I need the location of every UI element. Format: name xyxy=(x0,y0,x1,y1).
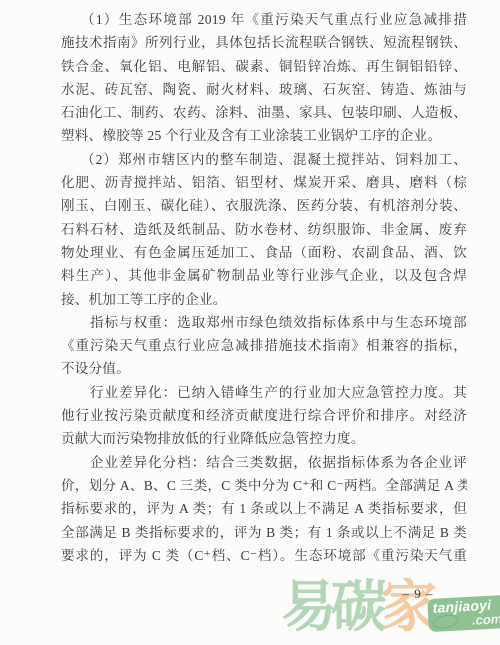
text-line: 全部满足 B 类指标要求的，评为 B 类；有 1 条或以上不满足 B 类 xyxy=(61,521,467,544)
text-line: 指标与权重：选取郑州市绿色绩效指标体系中与生态环境部 xyxy=(61,311,467,334)
text-line: 贡献大而污染物排放低的行业降低应急管控力度。 xyxy=(61,427,467,450)
text-line: 铁合金、氧化铝、电解铝、碳素、铜铅锌冶炼、再生铜铝铅锌、 xyxy=(61,55,467,78)
text-line: 石油化工、制药、农药、涂料、油墨、家具、包装印刷、人造板、 xyxy=(61,101,467,124)
text-line: （2）郑州市辖区内的整车制造、混凝土搅拌站、饲料加工、 xyxy=(61,148,467,171)
text-line: 料生产）、其他非金属矿物制品业等行业涉气企业，以及包含焊 xyxy=(61,264,467,287)
text-line: 企业差异化分档：结合三类数据，依据指标体系为各企业评 xyxy=(61,451,467,474)
text-line: 刚玉、白刚玉、碳化硅）、衣服洗涤、医药分装、有机溶剂分装、 xyxy=(61,194,467,217)
page-number: – 9 – xyxy=(392,586,444,602)
watermark-char: 碳 xyxy=(331,575,381,638)
text-line: 行业差异化：已纳入错峰生产的行业加大应急管控力度。其 xyxy=(61,381,467,404)
text-line: （1）生态环境部 2019 年《重污染天气重点行业应急减排措 xyxy=(61,8,467,31)
text-line: 水泥、砖瓦窑、陶瓷、耐火材料、玻璃、石灰窑、铸造、炼油与 xyxy=(61,78,467,101)
text-line: 指标要求的，评为 A 类；有 1 条或以上不满足 A 类指标要求，但 xyxy=(61,497,467,520)
text-line: 价，划分 A、B、C 三类，C 类中分为 C⁺和 C⁻两档。全部满足 A 类 xyxy=(61,474,467,497)
watermark-char: 易 xyxy=(281,575,331,638)
text-line: 化肥、沥青搅拌站、铝箔、铝型材、煤炭开采、磨具、磨料（棕 xyxy=(61,171,467,194)
text-line: 物处理业、有色金属压延加工、食品（面粉、农副食品、酒、饮 xyxy=(61,241,467,264)
stamp-scribble-icon xyxy=(431,613,459,631)
text-line: 塑料、橡胶等 25 个行业及含有工业涂装工业锅炉工序的企业。 xyxy=(61,124,467,147)
text-line: 要求的，评为 C 类（C⁺档、C⁻档）。生态环境部《重污染天气重 xyxy=(61,544,467,567)
text-line: 他行业按污染贡献度和经济贡献度进行综合评价和排序。对经济 xyxy=(61,404,467,427)
text-line: 不设分值。 xyxy=(61,357,467,380)
text-line: 施技术指南》所列行业，具体包括长流程联合钢铁、短流程钢铁、 xyxy=(61,31,467,54)
document-text: （1）生态环境部 2019 年《重污染天气重点行业应急减排措 施技术指南》所列行… xyxy=(61,8,467,567)
text-line: 《重污染天气重点行业应急减排措施技术指南》相兼容的指标， xyxy=(61,334,467,357)
text-line: 接、机加工等工序的企业。 xyxy=(61,288,467,311)
document-page: （1）生态环境部 2019 年《重污染天气重点行业应急减排措 施技术指南》所列行… xyxy=(0,0,500,645)
watermark-char: 家 xyxy=(381,575,431,638)
text-line: 石料石材、造纸及纸制品、防水卷材、纺织服饰、非金属、废弃 xyxy=(61,218,467,241)
watermark-site-domain: .com xyxy=(433,612,500,629)
